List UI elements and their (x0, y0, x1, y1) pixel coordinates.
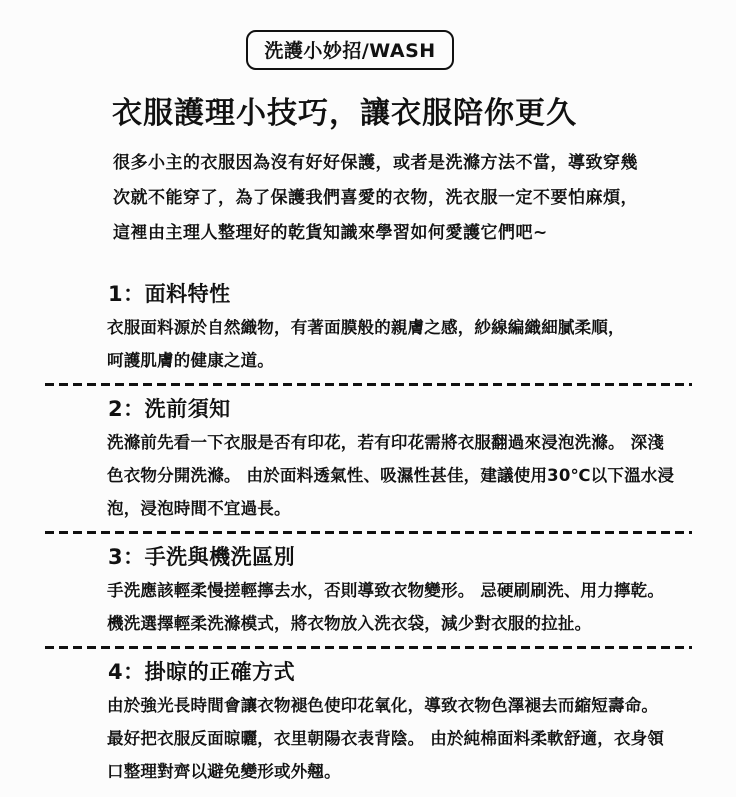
section-handwash-vs-machine: 3：手洗與機洗區別 手洗應該輕柔慢搓輕擰去水，否則導致衣物變形。 忌硬刷刷洗、用… (0, 544, 736, 640)
section-heading-prewash-notes: 2：洗前須知 (108, 396, 696, 422)
section-fabric-properties: 1：面料特性 衣服面料源於自然織物，有著面膜般的親膚之感，紗線編織細膩柔順， 呵… (0, 281, 736, 377)
section-hanging-method: 4：掛晾的正確方式 由於強光長時間會讓衣物褪色使印花氧化，導致衣物色澤褪去而縮短… (0, 659, 736, 788)
section-heading-fabric-properties: 1：面料特性 (108, 281, 696, 307)
section-body-fabric-properties: 衣服面料源於自然織物，有著面膜般的親膚之感，紗線編織細膩柔順， 呵護肌膚的健康之… (107, 311, 690, 377)
wash-tips-badge: 洗護小妙招/WASH (246, 30, 453, 70)
section-heading-handwash-vs-machine: 3：手洗與機洗區別 (108, 544, 696, 570)
section-body-hanging-method: 由於強光長時間會讓衣物褪色使印花氧化，導致衣物色澤褪去而縮短壽命。 最好把衣服反… (107, 689, 690, 788)
dashed-divider (45, 531, 692, 534)
intro-paragraph: 很多小主的衣服因為沒有好好保護，或者是洗滌方法不當，導致穿幾 次就不能穿了，為了… (113, 146, 690, 251)
section-heading-hanging-method: 4：掛晾的正確方式 (108, 659, 696, 685)
section-prewash-notes: 2：洗前須知 洗滌前先看一下衣服是否有印花，若有印花需將衣服翻過來浸泡洗滌。 深… (0, 396, 736, 525)
section-body-prewash-notes: 洗滌前先看一下衣服是否有印花，若有印花需將衣服翻過來浸泡洗滌。 深淺 色衣物分開… (107, 426, 690, 525)
wash-tips-badge-label: 洗護小妙招/WASH (264, 40, 435, 62)
wash-care-document: 洗護小妙招/WASH 衣服護理小技巧，讓衣服陪你更久 很多小主的衣服因為沒有好好… (0, 0, 736, 797)
dashed-divider (45, 646, 692, 649)
dashed-divider (45, 383, 692, 386)
section-body-handwash-vs-machine: 手洗應該輕柔慢搓輕擰去水，否則導致衣物變形。 忌硬刷刷洗、用力擰乾。 機洗選擇輕… (107, 574, 690, 640)
page-title: 衣服護理小技巧，讓衣服陪你更久 (112, 94, 696, 134)
